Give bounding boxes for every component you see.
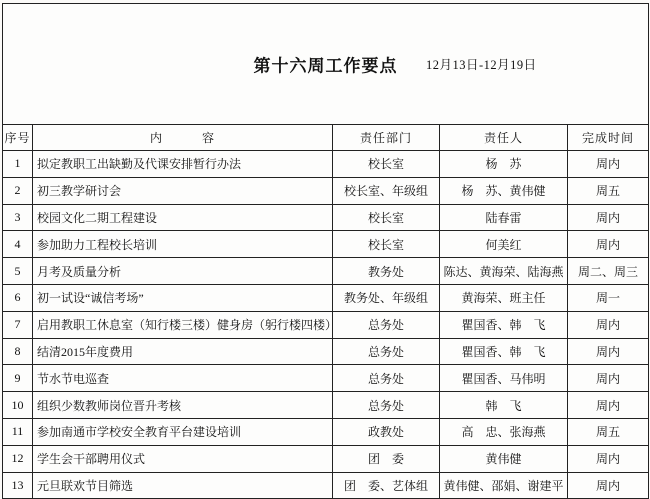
- table-row: 9 节水节电巡查 总务处 瞿国香、马伟明 周内: [3, 365, 649, 392]
- completion-time: 周内: [568, 338, 649, 365]
- table-row: 7 启用教职工休息室（知行楼三楼）健身房（躬行楼四楼） 总务处 瞿国香、韩 飞 …: [3, 311, 649, 338]
- table-row: 4 参加助力工程校长培训 校长室 何美红 周内: [3, 231, 649, 258]
- responsible-department: 校长室: [333, 231, 440, 258]
- completion-time: 周内: [568, 151, 649, 178]
- row-number: 5: [3, 258, 33, 285]
- header-content: 内 容: [33, 125, 333, 151]
- header-time: 完成时间: [568, 125, 649, 151]
- table-row: 8 结清2015年度费用 总务处 瞿国香、韩 飞 周内: [3, 338, 649, 365]
- responsible-person: 陆春雷: [440, 204, 568, 231]
- table-header-row: 序号 内 容 责任部门 责任人 完成时间: [3, 125, 649, 151]
- responsible-person: 杨 苏、黄伟健: [440, 177, 568, 204]
- responsible-department: 校长室: [333, 204, 440, 231]
- responsible-person: 韩 飞: [440, 392, 568, 405]
- completion-time: 周内: [568, 311, 649, 338]
- completion-time: 周内: [568, 204, 649, 231]
- completion-time: 周内: [568, 392, 649, 405]
- task-content: 节水节电巡查: [33, 365, 333, 392]
- task-content: 初一试设“诚信考场”: [33, 284, 333, 311]
- table-row: 1 拟定教职工出缺勤及代课安排暂行办法 校长室 杨 苏 周内: [3, 151, 649, 178]
- task-content: 结清2015年度费用: [33, 338, 333, 365]
- task-content: 参加助力工程校长培训: [33, 231, 333, 258]
- header-person: 责任人: [440, 125, 568, 151]
- header-no: 序号: [3, 125, 33, 151]
- table-row: 2 初三教学研讨会 校长室、年级组 杨 苏、黄伟健 周五: [3, 177, 649, 204]
- responsible-department: 总务处: [333, 392, 440, 405]
- completion-time: 周内: [568, 231, 649, 258]
- task-content: 月考及质量分析: [33, 258, 333, 285]
- responsible-department: 校长室、年级组: [333, 177, 440, 204]
- responsible-person: 瞿国香、韩 飞: [440, 311, 568, 338]
- work-plan-document: 第十六周工作要点 12月13日-12月19日 序号 内 容 责任部门 责任人 完…: [2, 3, 648, 405]
- page-title: 第十六周工作要点: [3, 52, 648, 77]
- table-row: 10 组织少数教师岗位晋升考核 总务处 韩 飞 周内: [3, 392, 649, 405]
- row-number: 2: [3, 177, 33, 204]
- row-number: 7: [3, 311, 33, 338]
- completion-time: 周内: [568, 365, 649, 392]
- responsible-person: 黄海荣、班主任: [440, 284, 568, 311]
- title-wrap: 第十六周工作要点 12月13日-12月19日: [3, 4, 648, 124]
- table-row: 3 校园文化二期工程建设 校长室 陆春雷 周内: [3, 204, 649, 231]
- row-number: 10: [3, 392, 33, 405]
- work-plan-table: 第十六周工作要点 12月13日-12月19日 序号 内 容 责任部门 责任人 完…: [2, 3, 649, 405]
- responsible-department: 教务处: [333, 258, 440, 285]
- task-content: 组织少数教师岗位晋升考核: [33, 392, 333, 405]
- responsible-department: 总务处: [333, 338, 440, 365]
- responsible-department: 总务处: [333, 311, 440, 338]
- completion-time: 周五: [568, 177, 649, 204]
- responsible-person: 陈达、黄海荣、陆海燕: [440, 258, 568, 285]
- table-row: 6 初一试设“诚信考场” 教务处、年级组 黄海荣、班主任 周一: [3, 284, 649, 311]
- row-number: 8: [3, 338, 33, 365]
- row-number: 9: [3, 365, 33, 392]
- title-row: 第十六周工作要点 12月13日-12月19日: [3, 4, 649, 125]
- responsible-person: 瞿国香、马伟明: [440, 365, 568, 392]
- header-department: 责任部门: [333, 125, 440, 151]
- task-content: 校园文化二期工程建设: [33, 204, 333, 231]
- row-number: 3: [3, 204, 33, 231]
- title-cell: 第十六周工作要点 12月13日-12月19日: [3, 4, 649, 125]
- row-number: 1: [3, 151, 33, 178]
- task-content: 拟定教职工出缺勤及代课安排暂行办法: [33, 151, 333, 178]
- row-number: 6: [3, 284, 33, 311]
- responsible-department: 总务处: [333, 365, 440, 392]
- responsible-department: 校长室: [333, 151, 440, 178]
- completion-time: 周一: [568, 284, 649, 311]
- responsible-person: 瞿国香、韩 飞: [440, 338, 568, 365]
- responsible-person: 何美红: [440, 231, 568, 258]
- completion-time: 周二、周三: [568, 258, 649, 285]
- task-content: 初三教学研讨会: [33, 177, 333, 204]
- responsible-department: 教务处、年级组: [333, 284, 440, 311]
- row-number: 4: [3, 231, 33, 258]
- responsible-person: 杨 苏: [440, 151, 568, 178]
- task-content: 启用教职工休息室（知行楼三楼）健身房（躬行楼四楼）: [33, 311, 333, 338]
- date-range: 12月13日-12月19日: [426, 55, 537, 73]
- table-row: 5 月考及质量分析 教务处 陈达、黄海荣、陆海燕 周二、周三: [3, 258, 649, 285]
